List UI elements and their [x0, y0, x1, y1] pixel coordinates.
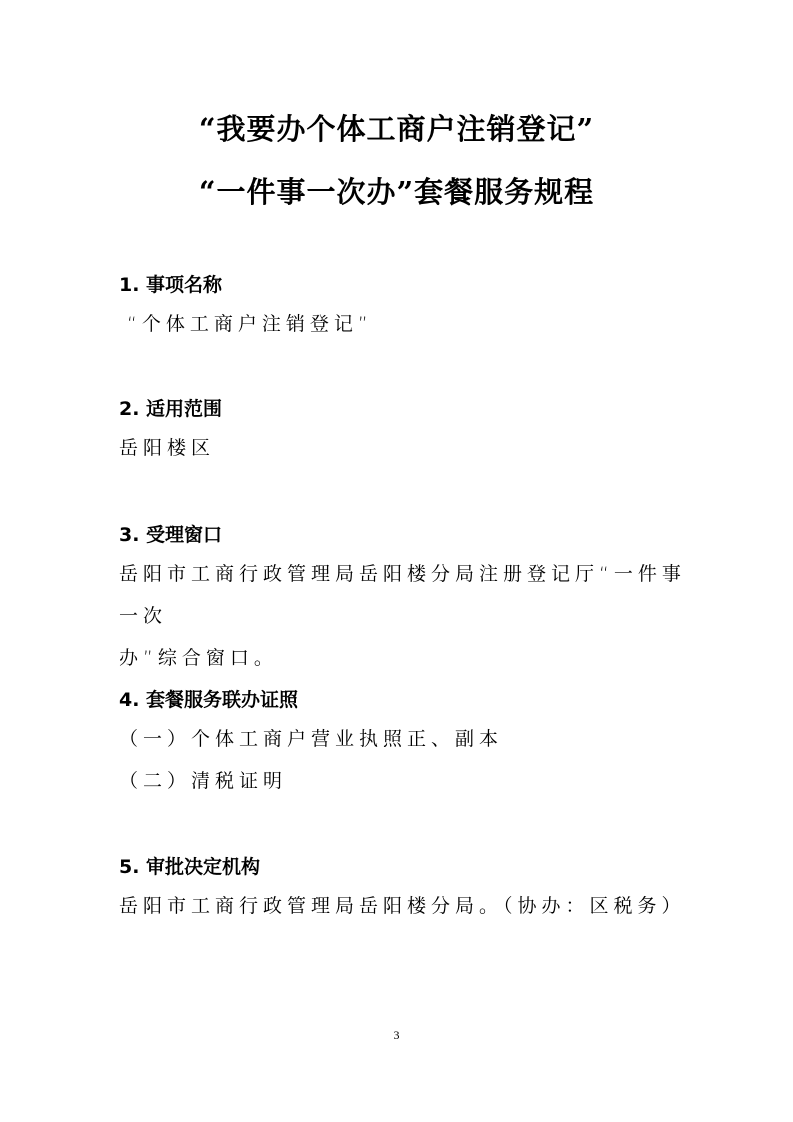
section-text: 办”综合窗口。 — [119, 637, 699, 679]
section-heading: 2. 适用范围 — [119, 397, 699, 421]
section-text: “个体工商户注销登记” — [127, 303, 699, 345]
section-text: 岳阳市工商行政管理局岳阳楼分局注册登记厅“一件事一次 — [119, 553, 699, 637]
section-heading: 1. 事项名称 — [119, 273, 699, 297]
section-heading: 3. 受理窗口 — [119, 523, 699, 547]
list-item: （二）清税证明 — [119, 760, 699, 802]
section-text: 岳阳楼区 — [119, 427, 699, 469]
list-item: （一）个体工商户营业执照正、副本 — [119, 718, 699, 760]
document-title-line2: “一件事一次办”套餐服务规程 — [0, 170, 793, 211]
section-item-name: 1. 事项名称 “个体工商户注销登记” — [119, 273, 699, 345]
page-number: 3 — [0, 1028, 793, 1043]
section-certificates: 4. 套餐服务联办证照 （一）个体工商户营业执照正、副本 （二）清税证明 — [119, 688, 699, 802]
section-scope: 2. 适用范围 岳阳楼区 — [119, 397, 699, 469]
section-heading: 5. 审批决定机构 — [119, 855, 699, 879]
section-text: 岳阳市工商行政管理局岳阳楼分局。（协办：区税务） — [119, 885, 699, 927]
section-authority: 5. 审批决定机构 岳阳市工商行政管理局岳阳楼分局。（协办：区税务） — [119, 855, 699, 927]
section-window: 3. 受理窗口 岳阳市工商行政管理局岳阳楼分局注册登记厅“一件事一次 办”综合窗… — [119, 523, 699, 679]
section-heading: 4. 套餐服务联办证照 — [119, 688, 699, 712]
document-title-line1: “我要办个体工商户注销登记” — [0, 107, 793, 148]
